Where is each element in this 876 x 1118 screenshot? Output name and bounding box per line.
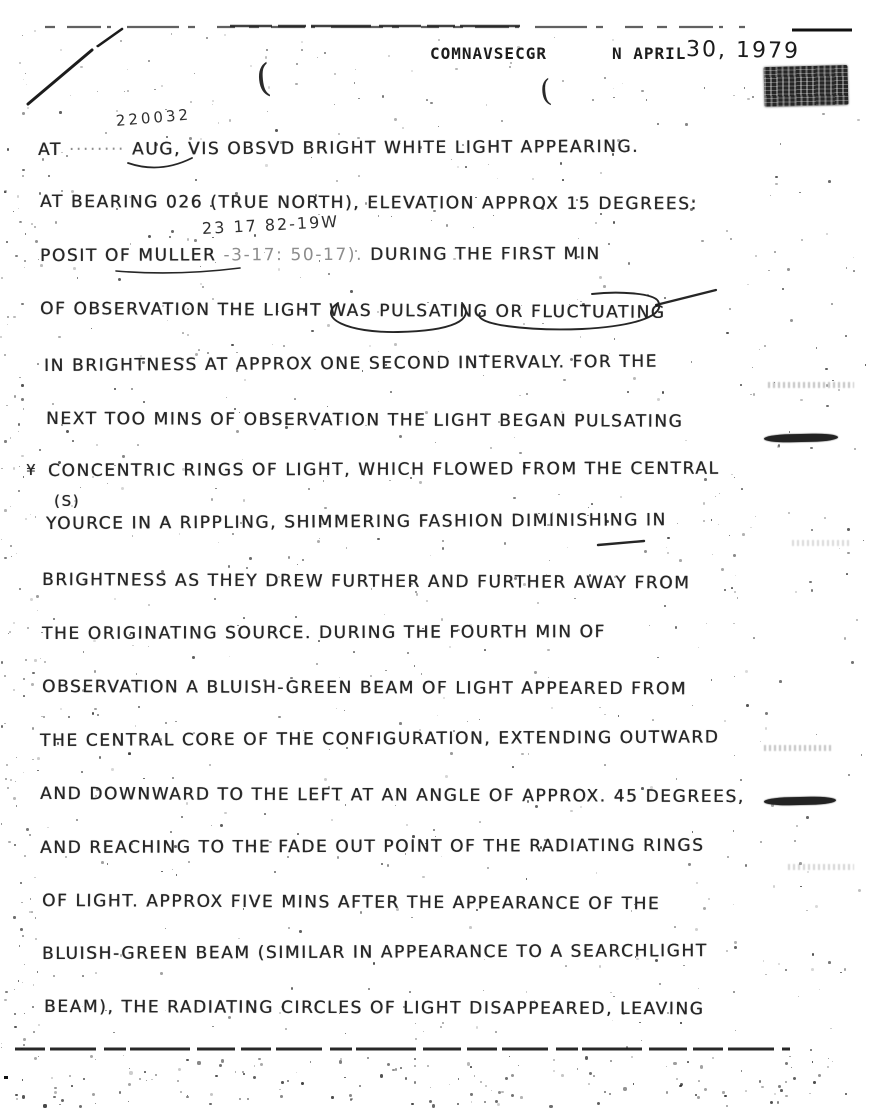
- noise-dot: [547, 649, 549, 651]
- noise-dot: [36, 595, 39, 598]
- noise-dot: [382, 95, 384, 97]
- noise-dot: [1, 1047, 2, 1048]
- noise-dot: [200, 266, 201, 267]
- noise-dot: [10, 506, 11, 507]
- noise-dot: [16, 553, 18, 555]
- noise-dot: [580, 806, 582, 808]
- noise-dot: [136, 673, 138, 675]
- noise-dot: [799, 862, 802, 865]
- noise-dot: [445, 775, 448, 778]
- noise-dot: [258, 1058, 261, 1061]
- noise-dot: [303, 309, 306, 312]
- noise-dot: [457, 1103, 459, 1105]
- noise-dot: [324, 52, 326, 54]
- noise-dot: [122, 455, 124, 457]
- noise-dot: [228, 1016, 231, 1019]
- noise-dot: [27, 107, 29, 109]
- noise-dot: [854, 448, 856, 450]
- noise-dot: [287, 1080, 289, 1082]
- noise-dot: [617, 139, 620, 142]
- noise-dot: [679, 1085, 681, 1087]
- faint-smudge-mark: [768, 382, 854, 388]
- noise-dot: [10, 545, 12, 547]
- noise-dot: [123, 1055, 124, 1056]
- noise-dot: [130, 243, 132, 245]
- noise-dot: [232, 533, 234, 535]
- noise-dot: [274, 871, 276, 873]
- noise-dot: [724, 720, 726, 722]
- noise-dot: [552, 897, 553, 898]
- noise-dot: [242, 1071, 244, 1073]
- noise-dot: [691, 361, 693, 363]
- noise-dot: [247, 1098, 249, 1100]
- noise-dot: [43, 1104, 46, 1107]
- noise-dot: [355, 250, 357, 252]
- noise-dot: [514, 437, 515, 438]
- noise-dot: [729, 535, 730, 536]
- noise-dot: [777, 445, 780, 448]
- noise-dot: [172, 777, 175, 780]
- noise-dot: [128, 1083, 131, 1086]
- noise-dot: [54, 1091, 57, 1094]
- noise-dot: [220, 824, 223, 827]
- noise-dot: [437, 715, 438, 716]
- noise-dot: [13, 689, 14, 690]
- noise-dot: [403, 799, 405, 801]
- noise-dot: [537, 602, 539, 604]
- noise-dot: [315, 194, 317, 196]
- noise-dot: [726, 1105, 728, 1107]
- noise-dot: [657, 398, 660, 401]
- noise-dot: [813, 1081, 816, 1084]
- noise-dot: [588, 1083, 590, 1085]
- noise-dot: [71, 1085, 73, 1087]
- noise-dot: [425, 411, 428, 414]
- noise-dot: [446, 224, 448, 226]
- noise-dot: [19, 945, 20, 946]
- noise-dot: [846, 267, 848, 269]
- noise-dot: [129, 1071, 132, 1074]
- noise-dot: [53, 1096, 55, 1098]
- noise-dot: [853, 257, 854, 258]
- noise-dot: [633, 377, 636, 380]
- noise-dot: [324, 507, 327, 510]
- document-line: AND REACHING TO THE FADE OUT POINT OF TH…: [40, 836, 705, 858]
- noise-dot: [662, 391, 664, 393]
- noise-dot: [427, 302, 429, 304]
- noise-dot: [308, 488, 310, 490]
- noise-dot: [218, 542, 219, 543]
- noise-dot: [476, 1026, 478, 1028]
- noise-dot: [95, 1059, 96, 1060]
- noise-dot: [779, 680, 782, 683]
- noise-dot: [768, 270, 770, 272]
- noise-dot: [187, 334, 190, 337]
- noise-dot: [824, 517, 826, 519]
- noise-dot: [373, 962, 375, 964]
- noise-dot: [514, 577, 517, 580]
- noise-dot: [302, 559, 304, 561]
- noise-dot: [483, 990, 484, 991]
- noise-dot: [846, 573, 848, 575]
- noise-dot: [577, 299, 579, 301]
- noise-dot: [40, 264, 43, 267]
- header-date: 30, 1979: [686, 37, 800, 64]
- noise-dot: [636, 958, 638, 960]
- noise-dot: [38, 259, 39, 260]
- noise-dot: [121, 487, 124, 490]
- noise-dot: [235, 192, 237, 194]
- noise-dot: [297, 833, 299, 835]
- noise-dot: [176, 874, 177, 875]
- noise-dot: [838, 389, 840, 391]
- noise-dot: [275, 129, 278, 132]
- faded-characters: ········: [69, 140, 125, 160]
- noise-dot: [139, 1078, 141, 1080]
- noise-dot: [83, 1078, 86, 1081]
- noise-dot: [724, 589, 726, 591]
- noise-dot: [131, 388, 133, 390]
- noise-dot: [212, 100, 214, 102]
- noise-dot: [31, 223, 33, 225]
- noise-dot: [4, 675, 6, 677]
- noise-dot: [181, 358, 183, 360]
- noise-dot: [698, 647, 699, 648]
- noise-dot: [80, 66, 82, 68]
- noise-dot: [449, 1084, 450, 1085]
- noise-dot: [745, 670, 748, 673]
- noise-dot: [628, 262, 630, 264]
- noise-dot: [23, 408, 24, 409]
- noise-dot: [137, 444, 139, 446]
- noise-dot: [346, 747, 348, 749]
- noise-dot: [13, 622, 15, 624]
- noise-dot: [677, 523, 678, 524]
- noise-dot: [26, 828, 29, 831]
- noise-dot: [21, 303, 23, 305]
- noise-dot: [214, 598, 216, 600]
- noise-dot: [470, 1066, 472, 1068]
- noise-dot: [190, 101, 192, 103]
- noise-dot: [402, 127, 404, 129]
- noise-dot: [509, 1056, 511, 1058]
- noise-dot: [7, 787, 9, 789]
- noise-dot: [119, 1091, 122, 1094]
- noise-dot: [614, 338, 615, 339]
- noise-dot: [200, 283, 202, 285]
- noise-dot: [299, 930, 302, 933]
- noise-dot: [778, 963, 780, 965]
- noise-dot: [726, 950, 728, 952]
- noise-dot: [505, 1077, 508, 1080]
- noise-dot: [534, 671, 536, 673]
- noise-dot: [19, 377, 20, 378]
- noise-dot: [24, 1013, 26, 1015]
- noise-dot: [603, 285, 606, 288]
- noise-dot: [245, 304, 248, 307]
- circled-word: PULSATING: [379, 301, 488, 322]
- noise-dot: [406, 824, 408, 826]
- noise-dot: [608, 243, 610, 245]
- noise-dot: [53, 618, 54, 619]
- noise-dot: [99, 756, 102, 759]
- noise-dot: [399, 435, 402, 438]
- noise-dot: [54, 1087, 57, 1090]
- noise-dot: [785, 969, 786, 970]
- noise-dot: [532, 178, 534, 180]
- noise-dot: [301, 41, 303, 43]
- noise-dot: [96, 788, 99, 791]
- noise-dot: [138, 706, 140, 708]
- noise-dot: [435, 442, 436, 443]
- noise-dot: [623, 1087, 626, 1090]
- noise-dot: [549, 1105, 552, 1108]
- noise-dot: [4, 723, 5, 724]
- noise-dot: [832, 380, 834, 382]
- noise-dot: [61, 1099, 64, 1102]
- noise-dot: [497, 1103, 500, 1106]
- noise-dot: [741, 1070, 743, 1072]
- noise-dot: [394, 118, 397, 121]
- noise-dot: [735, 575, 736, 576]
- noise-dot: [360, 911, 363, 914]
- noise-dot: [26, 84, 27, 85]
- noise-dot: [647, 294, 649, 296]
- noise-dot: [148, 646, 149, 647]
- noise-dot: [120, 954, 122, 956]
- noise-dot: [526, 878, 527, 879]
- noise-dot: [350, 1098, 352, 1100]
- noise-dot: [344, 1077, 345, 1078]
- noise-dot: [80, 487, 81, 488]
- noise-dot: [618, 715, 620, 717]
- noise-dot: [591, 503, 593, 505]
- noise-dot: [811, 968, 814, 971]
- noise-dot: [604, 77, 606, 79]
- noise-dot: [250, 65, 252, 67]
- noise-dot: [554, 37, 556, 39]
- noise-dot: [18, 980, 20, 982]
- noise-dot: [652, 719, 654, 721]
- header-command-name: COMNAVSECGR: [430, 44, 547, 63]
- noise-dot: [760, 741, 761, 742]
- noise-dot: [495, 1100, 498, 1103]
- document-line: OF LIGHT. APPROX FIVE MINS AFTER THE APP…: [42, 891, 660, 914]
- noise-dot: [1, 661, 3, 663]
- noise-dot: [165, 928, 166, 929]
- noise-dot: [704, 478, 707, 481]
- noise-dot: [90, 1055, 93, 1058]
- noise-dot: [639, 1022, 640, 1023]
- noise-dot: [6, 764, 8, 766]
- noise-dot: [21, 1048, 22, 1049]
- noise-dot: [440, 1026, 442, 1028]
- noise-dot: [273, 630, 274, 631]
- noise-dot: [627, 391, 629, 393]
- noise-dot: [24, 855, 26, 857]
- noise-dot: [294, 398, 296, 400]
- noise-dot: [177, 1080, 179, 1082]
- noise-dot: [267, 111, 268, 112]
- noise-dot: [801, 239, 803, 241]
- noise-dot: [387, 1063, 390, 1066]
- noise-dot: [410, 583, 412, 585]
- noise-dot: [856, 619, 858, 621]
- noise-dot: [858, 889, 861, 892]
- document-line: BEAM), THE RADIATING CIRCLES OF LIGHT DI…: [44, 997, 705, 1019]
- noise-dot: [396, 908, 399, 911]
- noise-dot: [731, 474, 733, 476]
- noise-dot: [491, 1090, 492, 1091]
- noise-dot: [785, 1081, 787, 1083]
- noise-dot: [679, 559, 682, 562]
- noise-dot: [844, 637, 846, 639]
- noise-dot: [288, 556, 290, 558]
- noise-dot: [574, 598, 576, 600]
- noise-dot: [516, 627, 517, 628]
- noise-dot: [35, 240, 38, 243]
- noise-dot: [775, 183, 778, 186]
- noise-dot: [23, 1038, 26, 1041]
- noise-dot: [570, 810, 573, 813]
- noise-dot: [486, 104, 487, 105]
- noise-dot: [206, 37, 208, 39]
- noise-dot: [655, 959, 658, 962]
- noise-dot: [512, 766, 514, 768]
- noise-dot: [438, 126, 439, 127]
- noise-dot: [16, 805, 18, 807]
- noise-dot: [324, 778, 327, 781]
- noise-dot: [847, 528, 850, 531]
- noise-dot: [430, 102, 432, 104]
- noise-dot: [778, 1085, 781, 1088]
- noise-dot: [91, 328, 92, 329]
- document-line: THE CENTRAL CORE OF THE CONFIGURATION, E…: [40, 727, 720, 751]
- noise-dot: [327, 406, 329, 408]
- noise-dot: [479, 821, 481, 823]
- noise-dot: [238, 938, 240, 940]
- noise-dot: [745, 1090, 747, 1092]
- noise-dot: [358, 175, 360, 177]
- noise-dot: [243, 908, 244, 909]
- noise-dot: [118, 278, 121, 281]
- document-line: POSIT OF MULLER -3-17: 50-17). DURING TH…: [40, 244, 601, 266]
- noise-dot: [473, 227, 474, 228]
- noise-dot: [485, 1085, 487, 1087]
- noise-dot: [722, 1091, 724, 1093]
- noise-dot: [82, 1006, 83, 1007]
- noise-dot: [95, 1103, 96, 1104]
- noise-dot: [38, 1024, 40, 1026]
- noise-dot: [457, 166, 459, 168]
- noise-dot: [741, 488, 743, 490]
- noise-dot: [9, 631, 11, 633]
- noise-dot: [4, 557, 7, 560]
- noise-dot: [806, 816, 809, 819]
- noise-dot: [361, 414, 363, 416]
- noise-dot: [422, 876, 424, 878]
- noise-dot: [419, 481, 421, 483]
- noise-dot: [690, 208, 692, 210]
- noise-dot: [0, 336, 2, 338]
- noise-dot: [34, 30, 36, 32]
- noise-dot: [664, 605, 666, 607]
- document-line: IN BRIGHTNESS AT APPROX ONE SECOND INTER…: [44, 352, 658, 376]
- noise-dot: [13, 916, 15, 918]
- noise-dot: [135, 725, 137, 727]
- noise-dot: [182, 332, 184, 334]
- noise-dot: [249, 557, 252, 560]
- noise-dot: [96, 45, 98, 47]
- noise-dot: [70, 95, 71, 96]
- noise-dot: [812, 1061, 813, 1062]
- noise-dot: [800, 399, 803, 402]
- noise-dot: [367, 1057, 369, 1059]
- noise-dot: [708, 898, 710, 900]
- noise-dot: [703, 907, 706, 910]
- noise-dot: [490, 447, 492, 449]
- noise-dot: [816, 347, 817, 348]
- noise-dot: [752, 96, 754, 98]
- noise-dot: [349, 1094, 352, 1097]
- noise-dot: [92, 1093, 95, 1096]
- noise-dot: [21, 902, 23, 904]
- noise-dot: [789, 1056, 790, 1057]
- noise-dot: [411, 917, 412, 918]
- noise-dot: [189, 137, 192, 140]
- noise-dot: [790, 319, 793, 322]
- noise-dot: [318, 640, 320, 642]
- noise-dot: [6, 405, 7, 406]
- noise-dot: [840, 972, 842, 974]
- noise-dot: [23, 476, 24, 477]
- noise-dot: [171, 33, 172, 34]
- noise-dot: [718, 524, 719, 525]
- document-line: OF OBSERVATION THE LIGHT WAS PULSATING O…: [40, 299, 666, 323]
- noise-dot: [664, 297, 666, 299]
- noise-dot: [30, 898, 32, 900]
- noise-dot: [771, 804, 773, 806]
- noise-dot: [278, 268, 280, 270]
- noise-dot: [570, 358, 573, 361]
- noise-dot: [806, 910, 808, 912]
- noise-dot: [405, 1077, 407, 1079]
- noise-dot: [22, 169, 24, 171]
- noise-dot: [683, 965, 685, 967]
- noise-dot: [48, 175, 50, 177]
- noise-dot: [498, 421, 500, 423]
- noise-dot: [432, 1104, 435, 1107]
- noise-dot: [334, 73, 336, 75]
- noise-dot: [291, 987, 293, 989]
- noise-dot: [181, 816, 183, 818]
- noise-dot: [27, 627, 29, 629]
- noise-dot: [40, 658, 41, 659]
- noise-dot: [600, 213, 603, 216]
- noise-dot: [719, 493, 720, 494]
- noise-dot: [14, 395, 16, 397]
- noise-dot: [476, 909, 478, 911]
- noise-dot: [32, 759, 34, 761]
- noise-dot: [740, 779, 741, 780]
- handwritten-position: 23 17 82-19W: [202, 212, 340, 238]
- noise-dot: [589, 574, 591, 576]
- noise-dot: [577, 1068, 579, 1070]
- noise-dot: [441, 856, 442, 857]
- noise-dot: [193, 732, 195, 734]
- noise-dot: [174, 845, 177, 848]
- noise-dot: [613, 97, 615, 99]
